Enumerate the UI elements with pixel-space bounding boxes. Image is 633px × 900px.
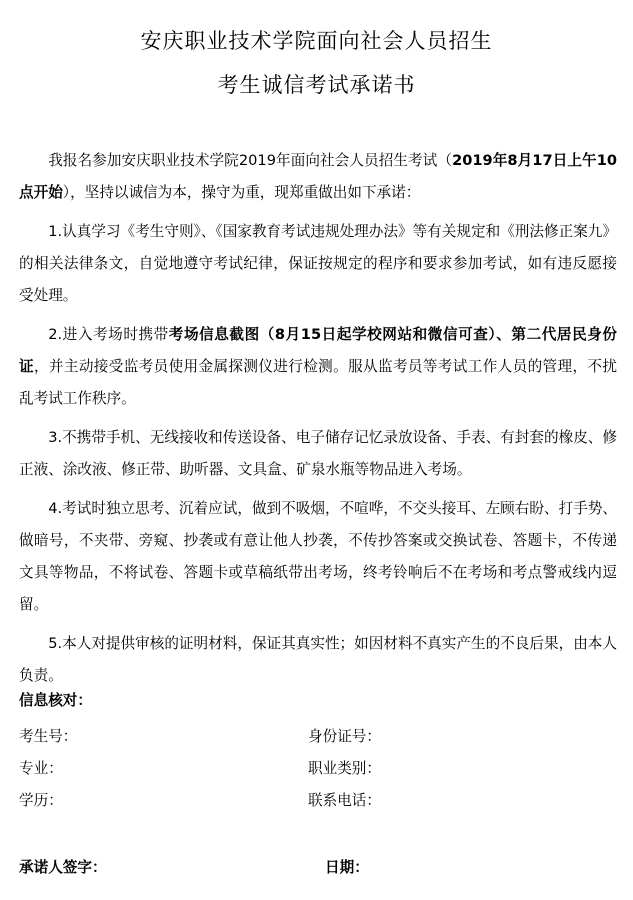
item-2-text-1: 2.进入考场时携带	[48, 326, 169, 343]
pledge-item-4: 4.考试时独立思考、沉着应试，做到不吸烟，不喧哗，不交头接耳、左顾右盼、打手势、…	[19, 493, 617, 621]
major-label: 专业：	[19, 756, 63, 782]
pledge-item-1: 1.认真学习《考生守则》、《国家教育考试违规处理办法》等有关规定和《刑法修正案九…	[19, 216, 617, 312]
document-title: 安庆职业技术学院面向社会人员招生	[0, 27, 633, 55]
id-number-label: 身份证号：	[308, 724, 381, 750]
intro-text-1: 我报名参加安庆职业技术学院2019年面向社会人员招生考试（	[48, 152, 452, 169]
intro-text-2: ），坚持以诚信为本，操守为重，现郑重做出如下承诺：	[63, 184, 421, 201]
document-subtitle: 考生诚信考试承诺书	[0, 71, 633, 99]
pledge-body: 我报名参加安庆职业技术学院2019年面向社会人员招生考试（2019年8月17日上…	[19, 145, 617, 699]
education-label: 学历：	[19, 788, 63, 814]
intro-paragraph: 我报名参加安庆职业技术学院2019年面向社会人员招生考试（2019年8月17日上…	[19, 145, 617, 209]
date-label: 日期：	[325, 855, 369, 881]
info-section-title: 信息核对：	[19, 688, 92, 714]
phone-label: 联系电话：	[308, 788, 381, 814]
pledge-item-3: 3.不携带手机、无线接收和传送设备、电子储存记忆录放设备、手表、有封套的橡皮、修…	[19, 422, 617, 486]
candidate-number-label: 考生号：	[19, 724, 77, 750]
occupation-category-label: 职业类别：	[308, 756, 381, 782]
pledge-item-2: 2.进入考场时携带考场信息截图（8月15日起学校网站和微信可查）、第二代居民身份…	[19, 319, 617, 415]
signer-label: 承诺人签字：	[19, 855, 107, 881]
item-2-text-2: ，并主动接受监考员使用金属探测仪进行检测。服从监考员等考试工作人员的管理，不扰乱…	[19, 358, 617, 407]
pledge-item-5: 5.本人对提供审核的证明材料，保证其真实性；如因材料不真实产生的不良后果，由本人…	[19, 628, 617, 692]
